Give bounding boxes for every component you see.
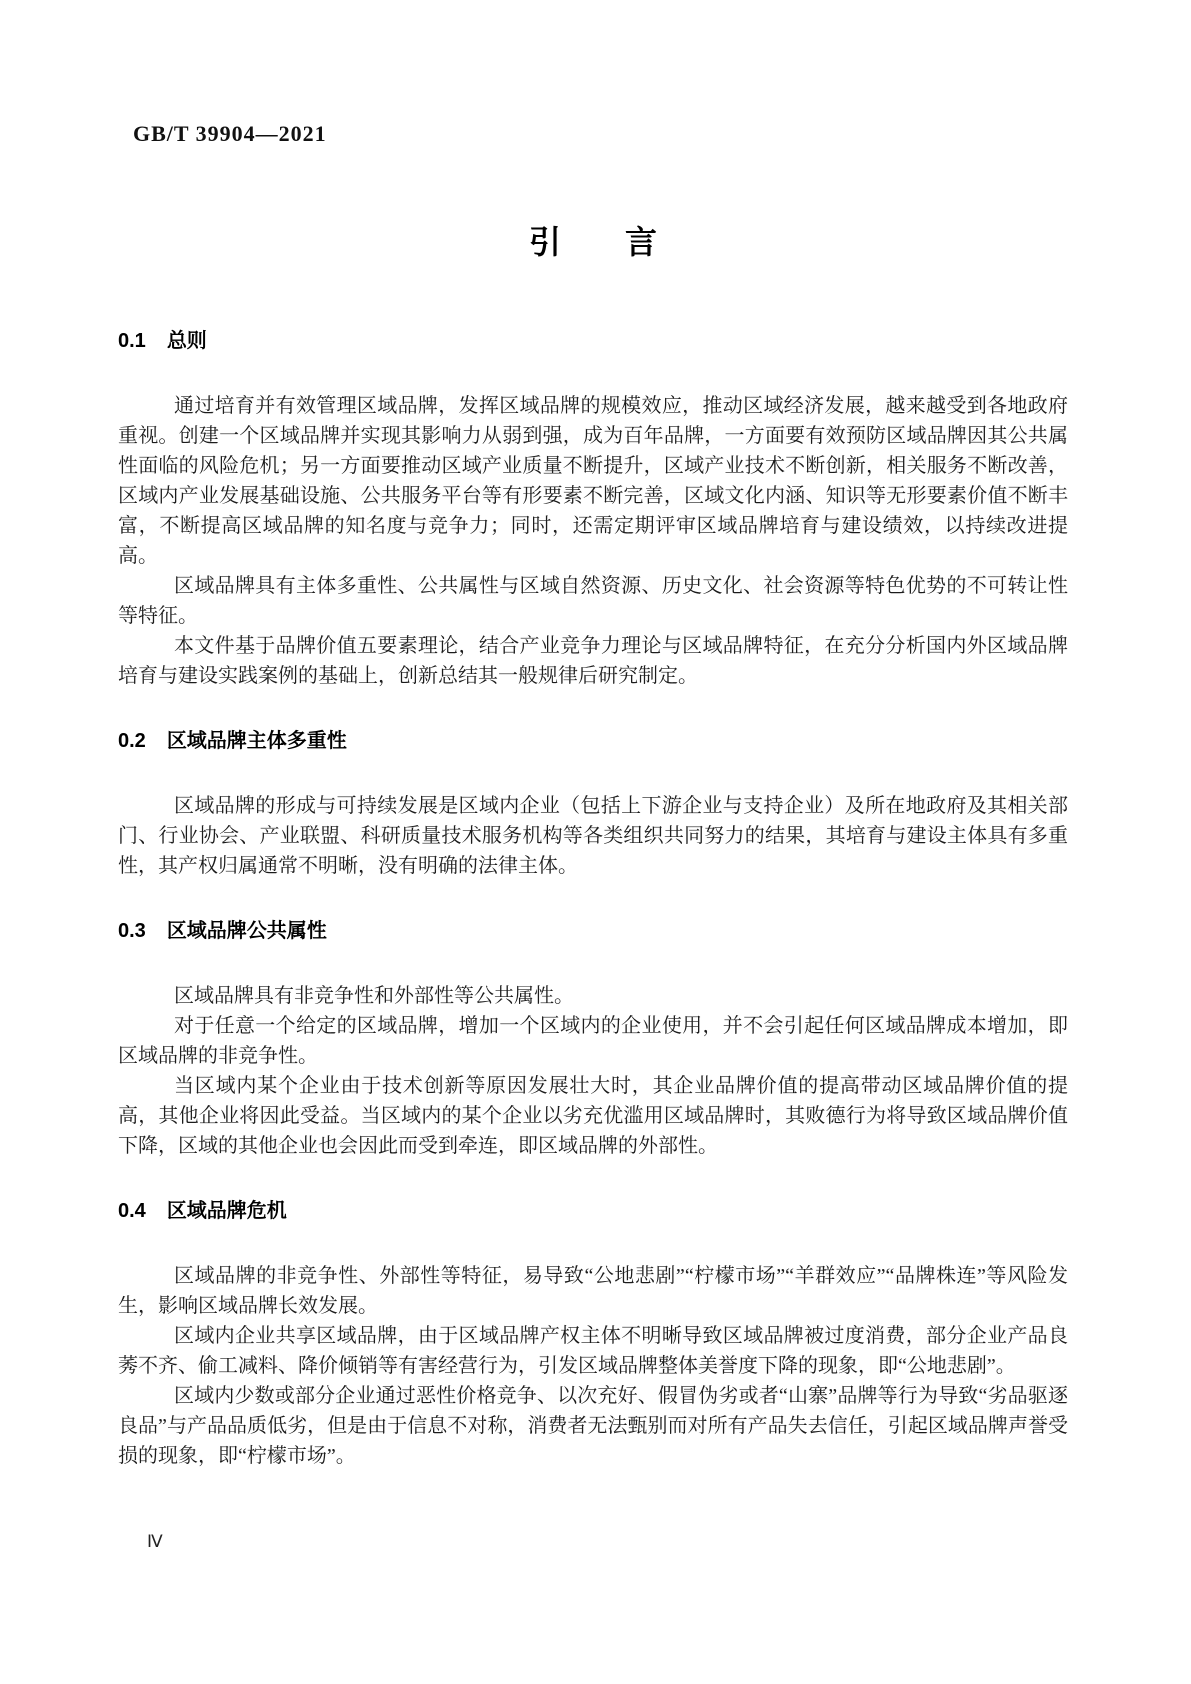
- section-heading: 0.1总则: [118, 326, 1068, 356]
- paragraph: 区域品牌具有主体多重性、公共属性与区域自然资源、历史文化、社会资源等特色优势的不…: [118, 571, 1068, 631]
- page-title: 引 言: [118, 224, 1068, 260]
- page-number: Ⅳ: [147, 1532, 163, 1552]
- paragraph: 区域内少数或部分企业通过恶性价格竞争、以次充好、假冒伪劣或者“山寨”品牌等行为导…: [118, 1381, 1068, 1471]
- section-title: 区域品牌危机: [167, 1200, 287, 1222]
- section-number: 0.2: [118, 726, 146, 756]
- paragraph: 当区域内某个企业由于技术创新等原因发展壮大时，其企业品牌价值的提高带动区域品牌价…: [118, 1071, 1068, 1161]
- section: 0.1总则 通过培育并有效管理区域品牌，发挥区域品牌的规模效应，推动区域经济发展…: [118, 326, 1068, 691]
- paragraph: 本文件基于品牌价值五要素理论，结合产业竞争力理论与区域品牌特征，在充分分析国内外…: [118, 631, 1068, 691]
- section-number: 0.3: [118, 916, 146, 946]
- document-content: 引 言 0.1总则 通过培育并有效管理区域品牌，发挥区域品牌的规模效应，推动区域…: [118, 0, 1068, 1471]
- section-title: 区域品牌主体多重性: [167, 730, 347, 752]
- section-heading: 0.2区域品牌主体多重性: [118, 726, 1068, 756]
- paragraph: 对于任意一个给定的区域品牌，增加一个区域内的企业使用，并不会引起任何区域品牌成本…: [118, 1011, 1068, 1071]
- paragraph: 通过培育并有效管理区域品牌，发挥区域品牌的规模效应，推动区域经济发展，越来越受到…: [118, 391, 1068, 571]
- document-body: 0.1总则 通过培育并有效管理区域品牌，发挥区域品牌的规模效应，推动区域经济发展…: [118, 326, 1068, 1471]
- section-title: 总则: [167, 330, 207, 352]
- section-title: 区域品牌公共属性: [167, 920, 327, 942]
- section-number: 0.1: [118, 326, 146, 356]
- section: 0.4区域品牌危机 区域品牌的非竞争性、外部性等特征，易导致“公地悲剧”“柠檬市…: [118, 1196, 1068, 1471]
- paragraph: 区域品牌具有非竞争性和外部性等公共属性。: [118, 981, 1068, 1011]
- section-number: 0.4: [118, 1196, 146, 1226]
- paragraph: 区域品牌的非竞争性、外部性等特征，易导致“公地悲剧”“柠檬市场”“羊群效应”“品…: [118, 1261, 1068, 1321]
- document-page: GB/T 39904—2021 引 言 0.1总则 通过培育并有效管理区域品牌，…: [0, 0, 1191, 1684]
- paragraph: 区域内企业共享区域品牌，由于区域品牌产权主体不明晰导致区域品牌被过度消费，部分企…: [118, 1321, 1068, 1381]
- paragraph: 区域品牌的形成与可持续发展是区域内企业（包括上下游企业与支持企业）及所在地政府及…: [118, 791, 1068, 881]
- section-heading: 0.4区域品牌危机: [118, 1196, 1068, 1226]
- section-heading: 0.3区域品牌公共属性: [118, 916, 1068, 946]
- section: 0.3区域品牌公共属性 区域品牌具有非竞争性和外部性等公共属性。对于任意一个给定…: [118, 916, 1068, 1161]
- section: 0.2区域品牌主体多重性 区域品牌的形成与可持续发展是区域内企业（包括上下游企业…: [118, 726, 1068, 881]
